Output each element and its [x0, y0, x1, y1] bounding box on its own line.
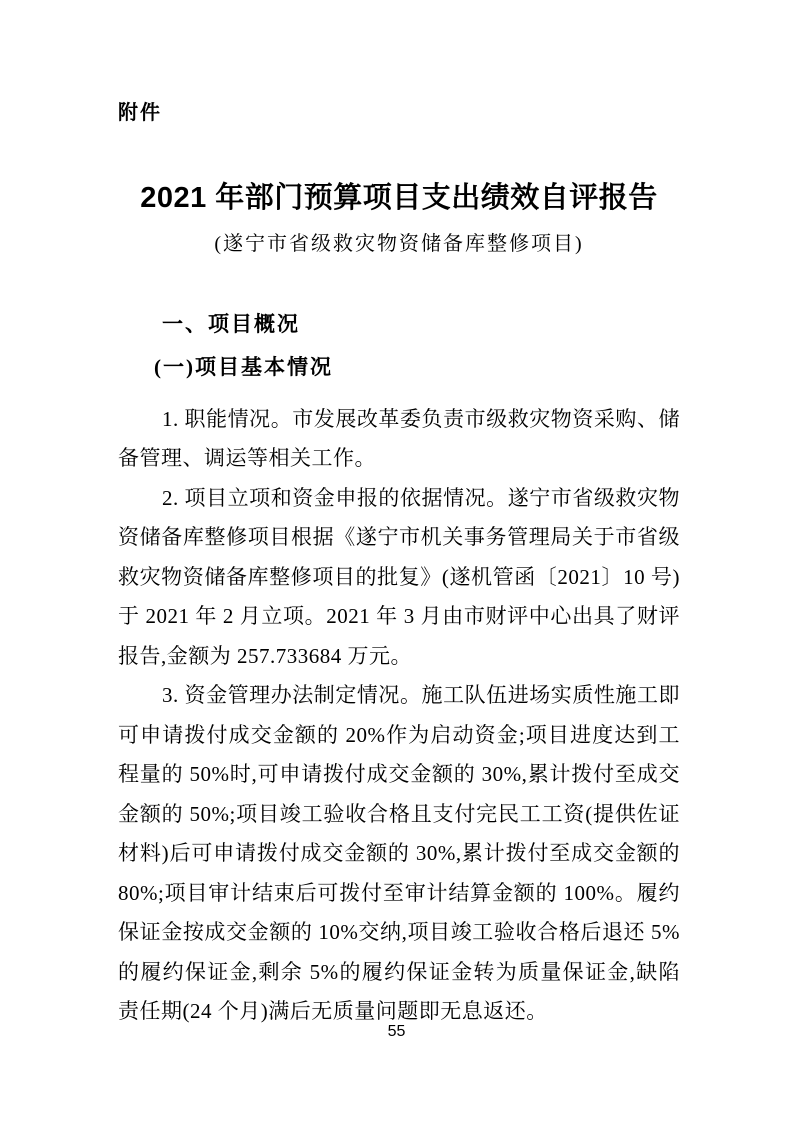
- paragraph-fund-management: 3. 资金管理办法制定情况。施工队伍进场实质性施工即可申请拨付成交金额的 20%…: [118, 676, 680, 1032]
- attachment-label: 附件: [118, 103, 680, 123]
- document-subtitle: (遂宁市省级救灾物资储备库整修项目): [118, 233, 680, 255]
- document-page: 附件 2021 年部门预算项目支出绩效自评报告 (遂宁市省级救灾物资储备库整修项…: [0, 0, 793, 1122]
- subsection-heading-basic-info: (一)项目基本情况: [118, 355, 680, 379]
- document-title: 2021 年部门预算项目支出绩效自评报告: [118, 182, 680, 214]
- paragraph-project-approval: 2. 项目立项和资金申报的依据情况。遂宁市省级救灾物资储备库整修项目根据《遂宁市…: [118, 479, 680, 677]
- page-number: 55: [0, 1024, 793, 1040]
- paragraph-function-overview: 1. 职能情况。市发展改革委负责市级救灾物资采购、储备管理、调运等相关工作。: [118, 400, 680, 479]
- section-heading-project-overview: 一、项目概况: [118, 313, 680, 337]
